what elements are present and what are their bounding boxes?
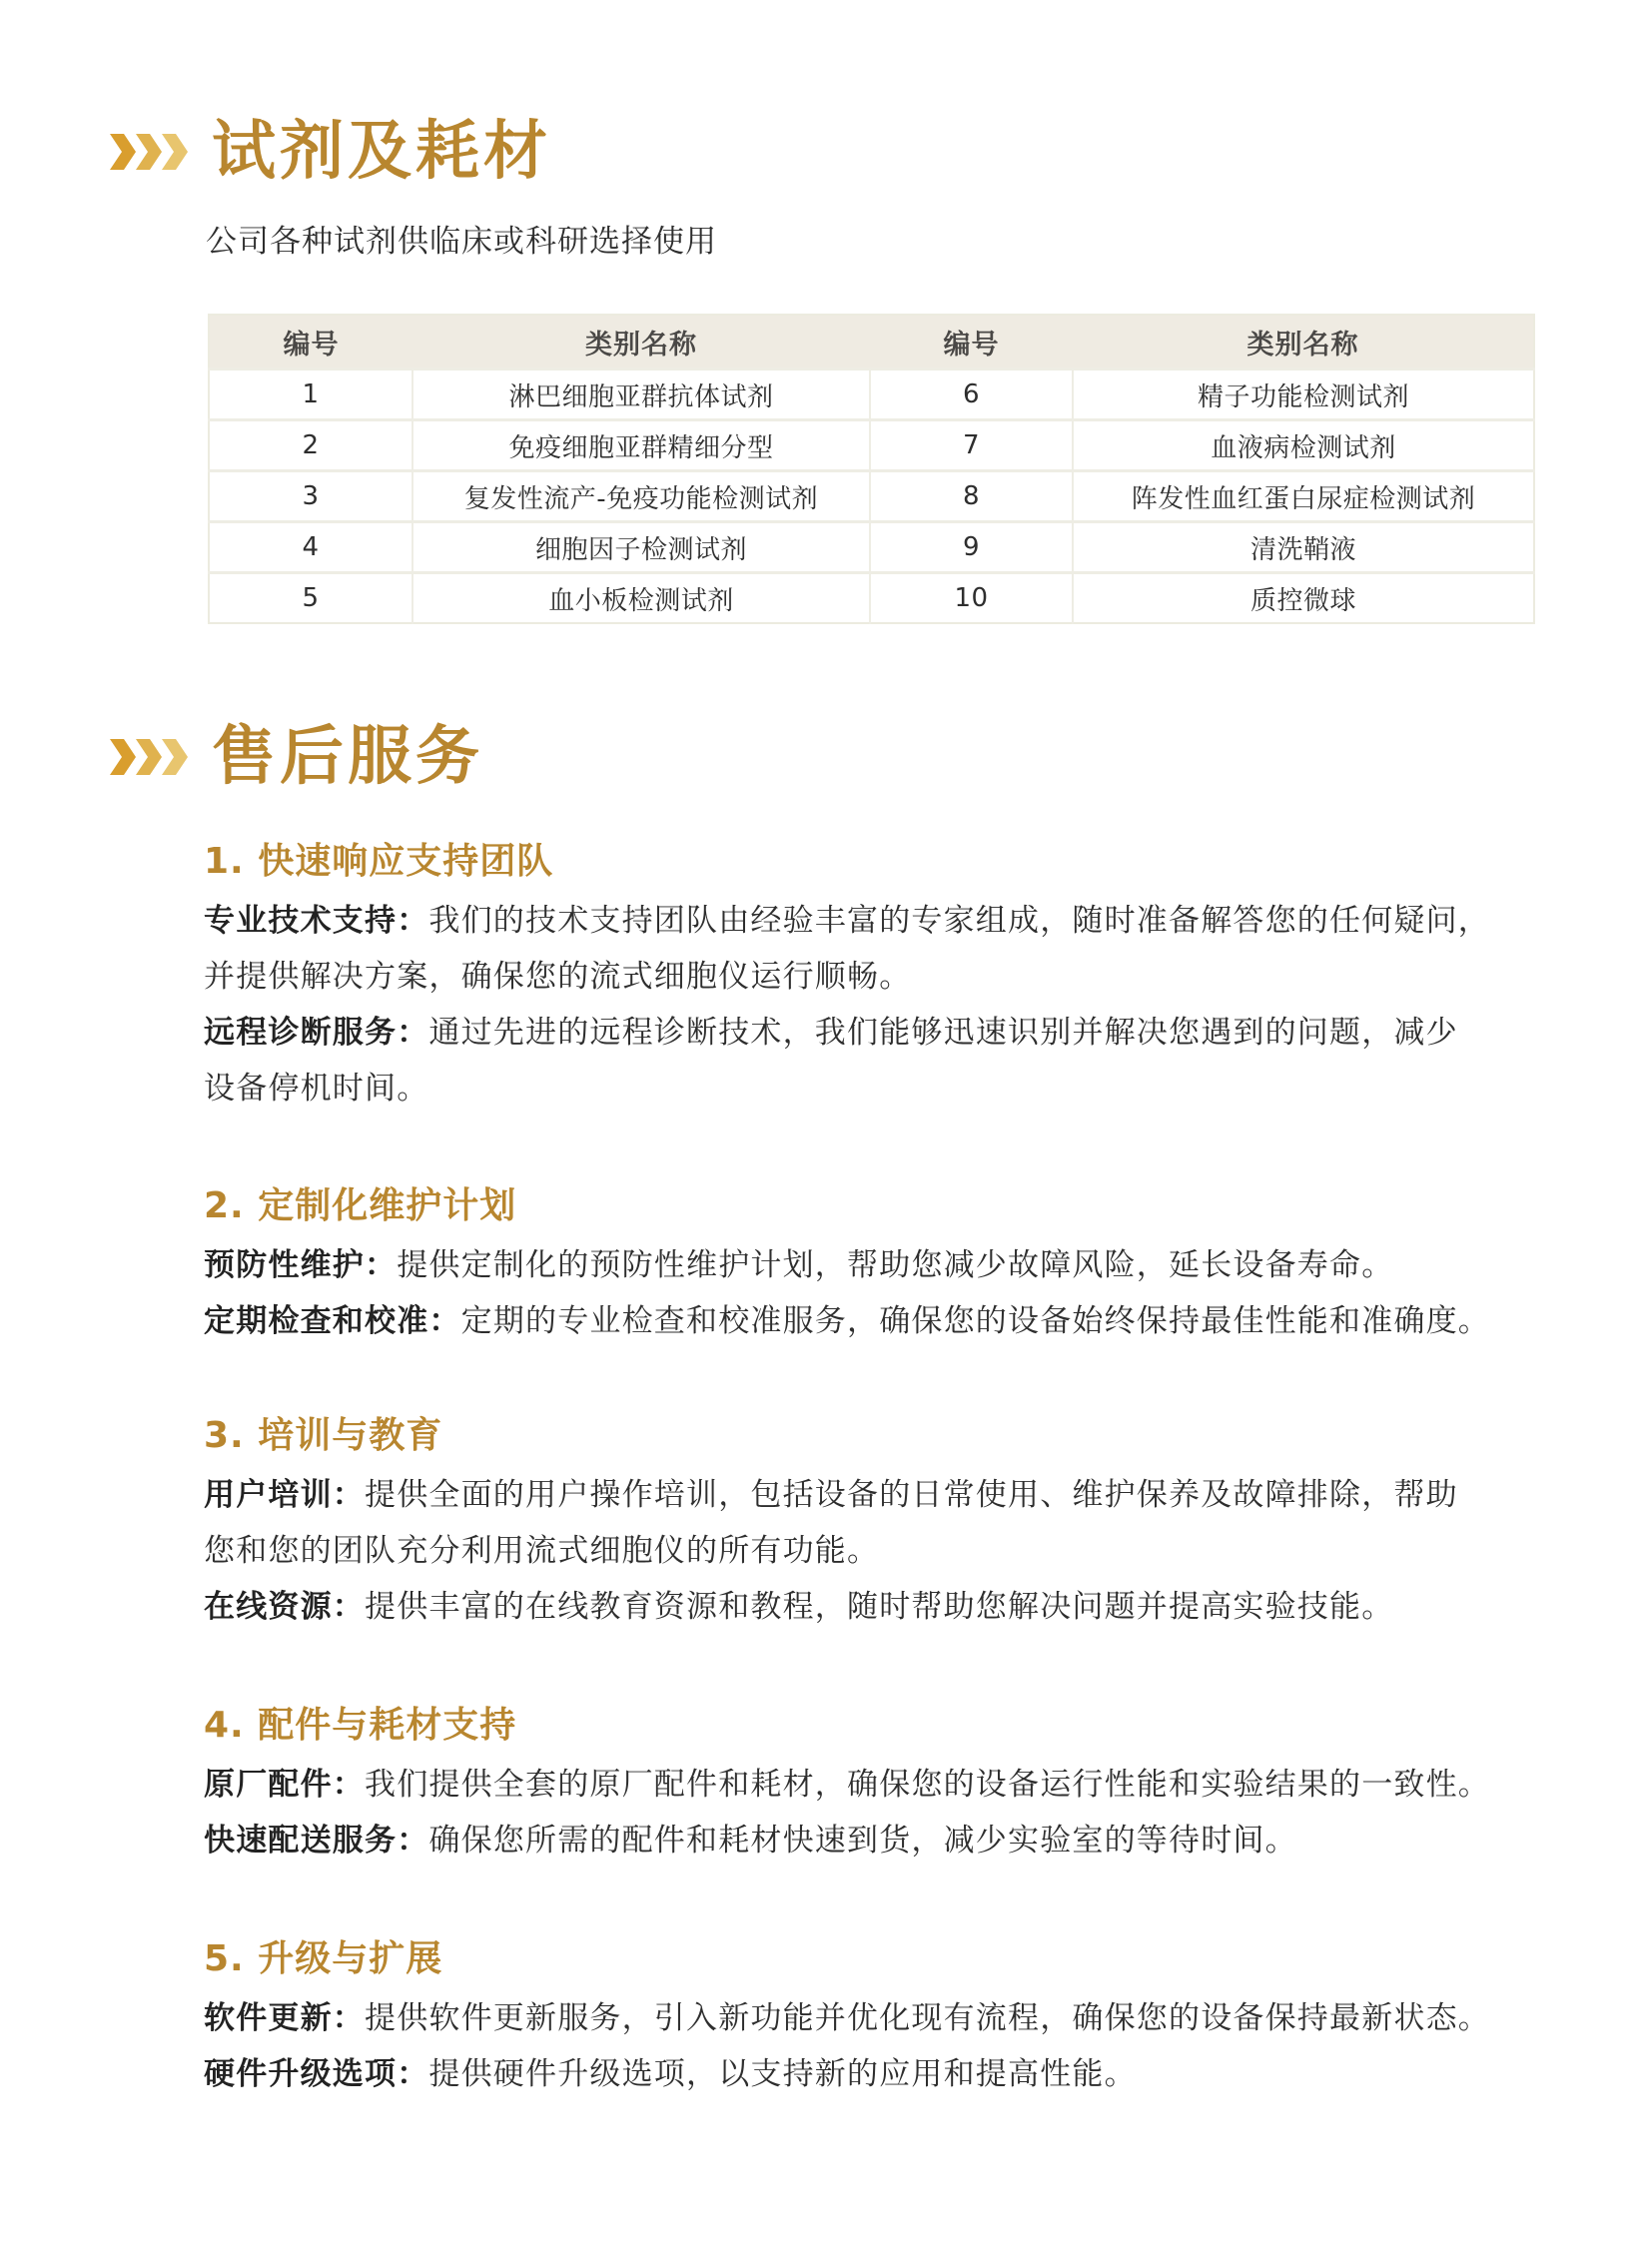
- service-line: 预防性维护：提供定制化的预防性维护计划，帮助您减少故障风险，延长设备寿命。: [204, 1237, 1572, 1293]
- cell-category: 阵发性血红蛋白尿症检测试剂: [1073, 471, 1534, 522]
- cell-category: 免疫细胞亚群精细分型: [413, 420, 870, 471]
- service-heading: 1. 快速响应支持团队: [204, 837, 1572, 887]
- service-label: 专业技术支持：: [204, 903, 428, 939]
- column-header-category: 类别名称: [1073, 315, 1534, 370]
- service-item-upgrades: 5. 升级与扩展 软件更新：提供软件更新服务，引入新功能并优化现有流程，确保您的…: [204, 1934, 1572, 2102]
- reagents-section-header: 试剂及耗材: [110, 112, 551, 192]
- section-subtitle: 公司各种试剂供临床或科研选择使用: [206, 216, 717, 261]
- service-text: 您和您的团队充分利用流式细胞仪的所有功能。: [204, 1533, 879, 1569]
- service-text: 我们的技术支持团队由经验丰富的专家组成，随时准备解答您的任何疑问，: [428, 903, 1490, 939]
- cell-category: 复发性流产-免疫功能检测试剂: [413, 471, 870, 522]
- table-row: 1 淋巴细胞亚群抗体试剂 6 精子功能检测试剂: [209, 370, 1534, 420]
- service-text: 设备停机时间。: [204, 1071, 428, 1107]
- service-line: 软件更新：提供软件更新服务，引入新功能并优化现有流程，确保您的设备保持最新状态。: [204, 1990, 1572, 2046]
- service-text: 定期的专业检查和校准服务，确保您的设备始终保持最佳性能和准确度。: [461, 1303, 1490, 1339]
- service-item-rapid-support: 1. 快速响应支持团队 专业技术支持：我们的技术支持团队由经验丰富的专家组成，随…: [204, 837, 1572, 1117]
- triple-chevron-right-icon: [110, 130, 190, 174]
- column-header-number: 编号: [870, 315, 1073, 370]
- table-row: 4 细胞因子检测试剂 9 清洗鞘液: [209, 522, 1534, 573]
- table-row: 2 免疫细胞亚群精细分型 7 血液病检测试剂: [209, 420, 1534, 471]
- service-heading: 4. 配件与耗材支持: [204, 1701, 1572, 1751]
- reagents-table: 编号 类别名称 编号 类别名称 1 淋巴细胞亚群抗体试剂 6 精子功能检测试剂 …: [208, 314, 1535, 624]
- service-label: 软件更新：: [204, 2000, 365, 2036]
- service-label: 快速配送服务：: [204, 1823, 428, 1859]
- cell-category: 血小板检测试剂: [413, 573, 870, 624]
- service-heading: 3. 培训与教育: [204, 1411, 1572, 1461]
- cell-number: 7: [870, 420, 1073, 471]
- section-title: 售后服务: [212, 717, 483, 797]
- table-header-row: 编号 类别名称 编号 类别名称: [209, 315, 1534, 370]
- service-item-training: 3. 培训与教育 用户培训：提供全面的用户操作培训，包括设备的日常使用、维护保养…: [204, 1411, 1572, 1635]
- service-text: 提供软件更新服务，引入新功能并优化现有流程，确保您的设备保持最新状态。: [365, 2000, 1490, 2036]
- service-label: 预防性维护：: [204, 1247, 397, 1283]
- cell-category: 精子功能检测试剂: [1073, 370, 1534, 420]
- service-section-header: 售后服务: [110, 717, 483, 797]
- cell-category: 清洗鞘液: [1073, 522, 1534, 573]
- table-row: 5 血小板检测试剂 10 质控微球: [209, 573, 1534, 624]
- column-header-category: 类别名称: [413, 315, 870, 370]
- service-line: 专业技术支持：我们的技术支持团队由经验丰富的专家组成，随时准备解答您的任何疑问，: [204, 893, 1572, 949]
- service-line: 硬件升级选项：提供硬件升级选项，以支持新的应用和提高性能。: [204, 2046, 1572, 2102]
- cell-number: 9: [870, 522, 1073, 573]
- service-heading: 2. 定制化维护计划: [204, 1181, 1572, 1231]
- service-text: 通过先进的远程诊断技术，我们能够迅速识别并解决您遇到的问题，减少: [428, 1015, 1457, 1051]
- service-line: 用户培训：提供全面的用户操作培训，包括设备的日常使用、维护保养及故障排除，帮助: [204, 1467, 1572, 1523]
- service-text: 提供硬件升级选项，以支持新的应用和提高性能。: [428, 2056, 1136, 2092]
- service-text: 并提供解决方案，确保您的流式细胞仪运行顺畅。: [204, 959, 911, 995]
- service-line: 远程诊断服务：通过先进的远程诊断技术，我们能够迅速识别并解决您遇到的问题，减少: [204, 1005, 1572, 1061]
- cell-category: 质控微球: [1073, 573, 1534, 624]
- cell-category: 血液病检测试剂: [1073, 420, 1534, 471]
- service-item-maintenance-plan: 2. 定制化维护计划 预防性维护：提供定制化的预防性维护计划，帮助您减少故障风险…: [204, 1181, 1572, 1349]
- service-text: 提供丰富的在线教育资源和教程，随时帮助您解决问题并提高实验技能。: [365, 1589, 1393, 1625]
- triple-chevron-right-icon: [110, 735, 190, 779]
- service-label: 定期检查和校准：: [204, 1303, 461, 1339]
- service-label: 用户培训：: [204, 1477, 365, 1513]
- cell-category: 淋巴细胞亚群抗体试剂: [413, 370, 870, 420]
- service-label: 原厂配件：: [204, 1767, 365, 1803]
- table-row: 3 复发性流产-免疫功能检测试剂 8 阵发性血红蛋白尿症检测试剂: [209, 471, 1534, 522]
- service-line: 在线资源：提供丰富的在线教育资源和教程，随时帮助您解决问题并提高实验技能。: [204, 1579, 1572, 1635]
- service-line: 设备停机时间。: [204, 1061, 1572, 1117]
- section-title: 试剂及耗材: [212, 112, 551, 192]
- cell-number: 8: [870, 471, 1073, 522]
- cell-number: 1: [209, 370, 413, 420]
- cell-category: 细胞因子检测试剂: [413, 522, 870, 573]
- service-line: 并提供解决方案，确保您的流式细胞仪运行顺畅。: [204, 949, 1572, 1005]
- service-label: 在线资源：: [204, 1589, 365, 1625]
- column-header-number: 编号: [209, 315, 413, 370]
- cell-number: 4: [209, 522, 413, 573]
- cell-number: 3: [209, 471, 413, 522]
- service-line: 您和您的团队充分利用流式细胞仪的所有功能。: [204, 1523, 1572, 1579]
- service-text: 我们提供全套的原厂配件和耗材，确保您的设备运行性能和实验结果的一致性。: [365, 1767, 1490, 1803]
- service-line: 定期检查和校准：定期的专业检查和校准服务，确保您的设备始终保持最佳性能和准确度。: [204, 1293, 1572, 1349]
- service-text: 提供全面的用户操作培训，包括设备的日常使用、维护保养及故障排除，帮助: [365, 1477, 1458, 1513]
- cell-number: 2: [209, 420, 413, 471]
- service-line: 快速配送服务：确保您所需的配件和耗材快速到货，减少实验室的等待时间。: [204, 1813, 1572, 1868]
- service-heading: 5. 升级与扩展: [204, 1934, 1572, 1984]
- service-label: 硬件升级选项：: [204, 2056, 428, 2092]
- cell-number: 5: [209, 573, 413, 624]
- service-line: 原厂配件：我们提供全套的原厂配件和耗材，确保您的设备运行性能和实验结果的一致性。: [204, 1757, 1572, 1813]
- service-label: 远程诊断服务：: [204, 1015, 428, 1051]
- cell-number: 6: [870, 370, 1073, 420]
- service-item-parts-consumables: 4. 配件与耗材支持 原厂配件：我们提供全套的原厂配件和耗材，确保您的设备运行性…: [204, 1701, 1572, 1868]
- service-text: 确保您所需的配件和耗材快速到货，减少实验室的等待时间。: [428, 1823, 1296, 1859]
- cell-number: 10: [870, 573, 1073, 624]
- service-text: 提供定制化的预防性维护计划，帮助您减少故障风险，延长设备寿命。: [397, 1247, 1393, 1283]
